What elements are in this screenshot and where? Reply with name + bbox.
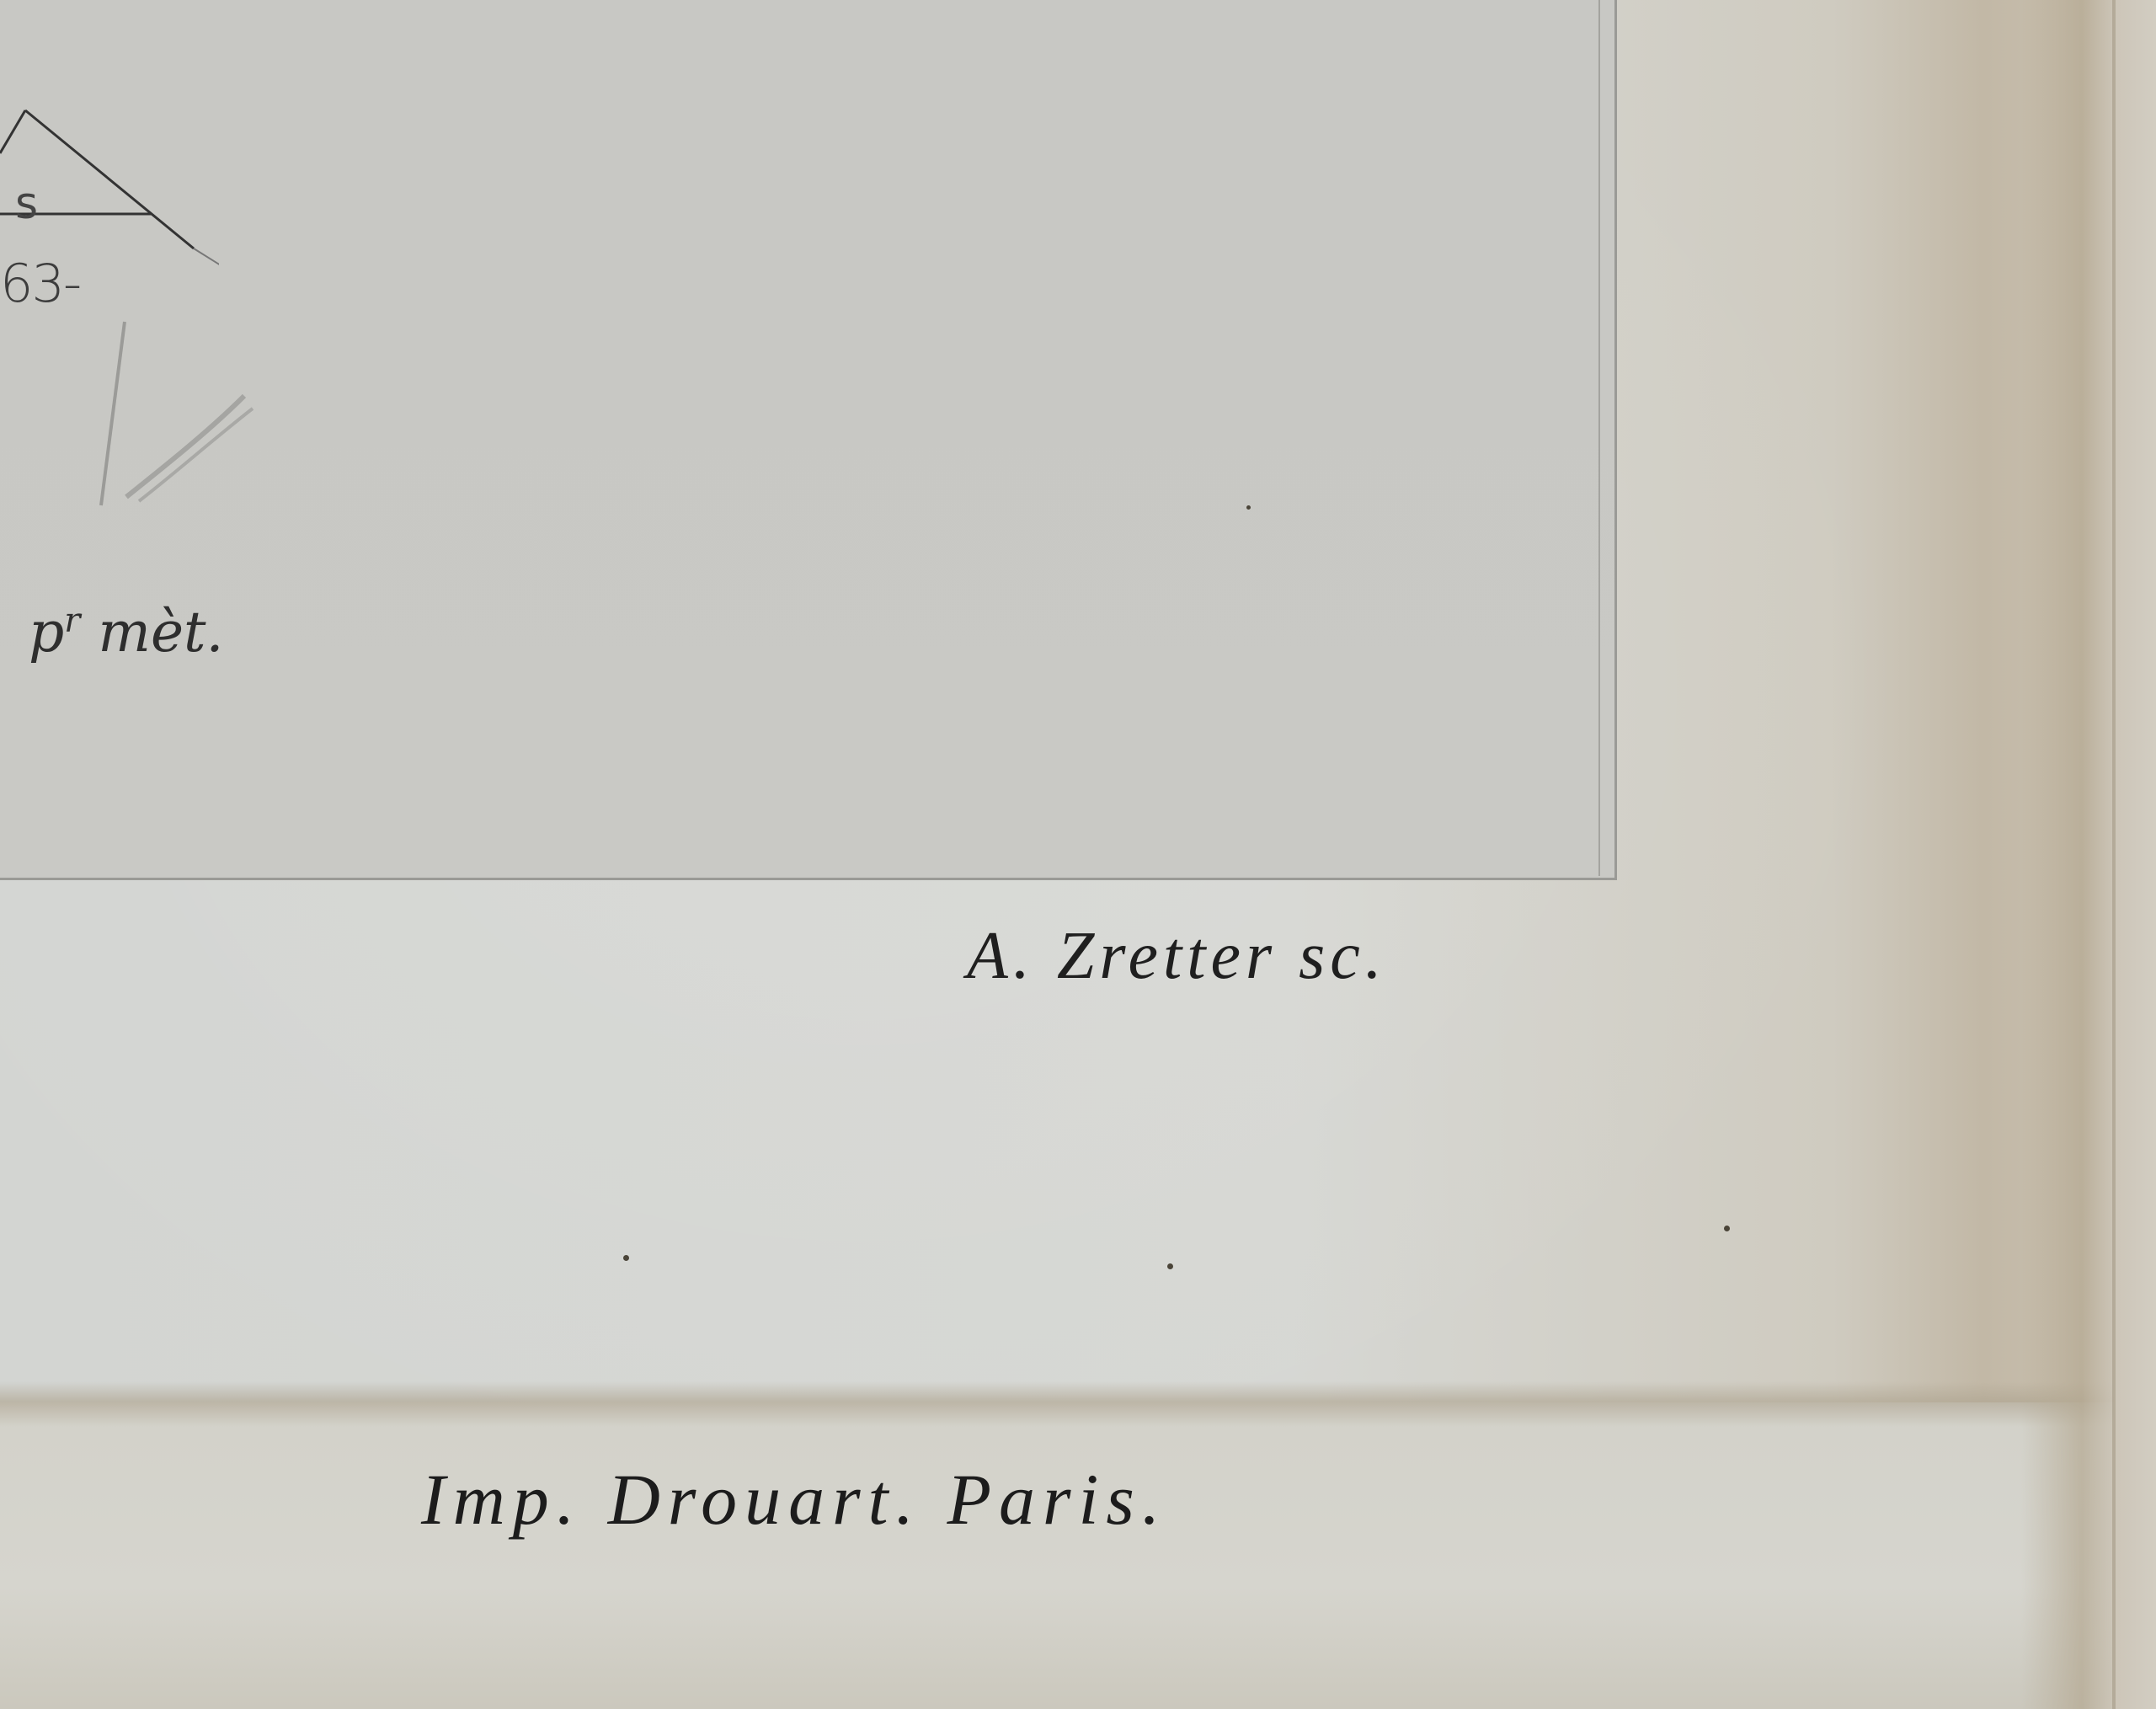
unit-word: mèt.: [80, 600, 223, 665]
lower-margin: [0, 1402, 2114, 1709]
unit-abbrev: p: [29, 600, 64, 665]
figure-number: 63-: [0, 253, 80, 314]
diagram-side-label: s: [15, 179, 38, 229]
foxing-spot: [623, 1255, 629, 1261]
unit-label: pr mèt.: [29, 600, 224, 665]
aged-right-edge: [2021, 0, 2156, 1709]
foxing-spot: [1724, 1226, 1730, 1231]
unit-superscript: r: [64, 601, 80, 640]
printer-imprint: Imp. Drouart. Paris.: [421, 1457, 1167, 1541]
engraver-credit: A. Zretter sc.: [967, 918, 1387, 995]
frame-edge-line: [2112, 0, 2116, 1709]
foxing-spot: [1246, 505, 1251, 510]
foxing-spot: [1167, 1263, 1173, 1269]
pencil-strokes: [76, 312, 278, 514]
